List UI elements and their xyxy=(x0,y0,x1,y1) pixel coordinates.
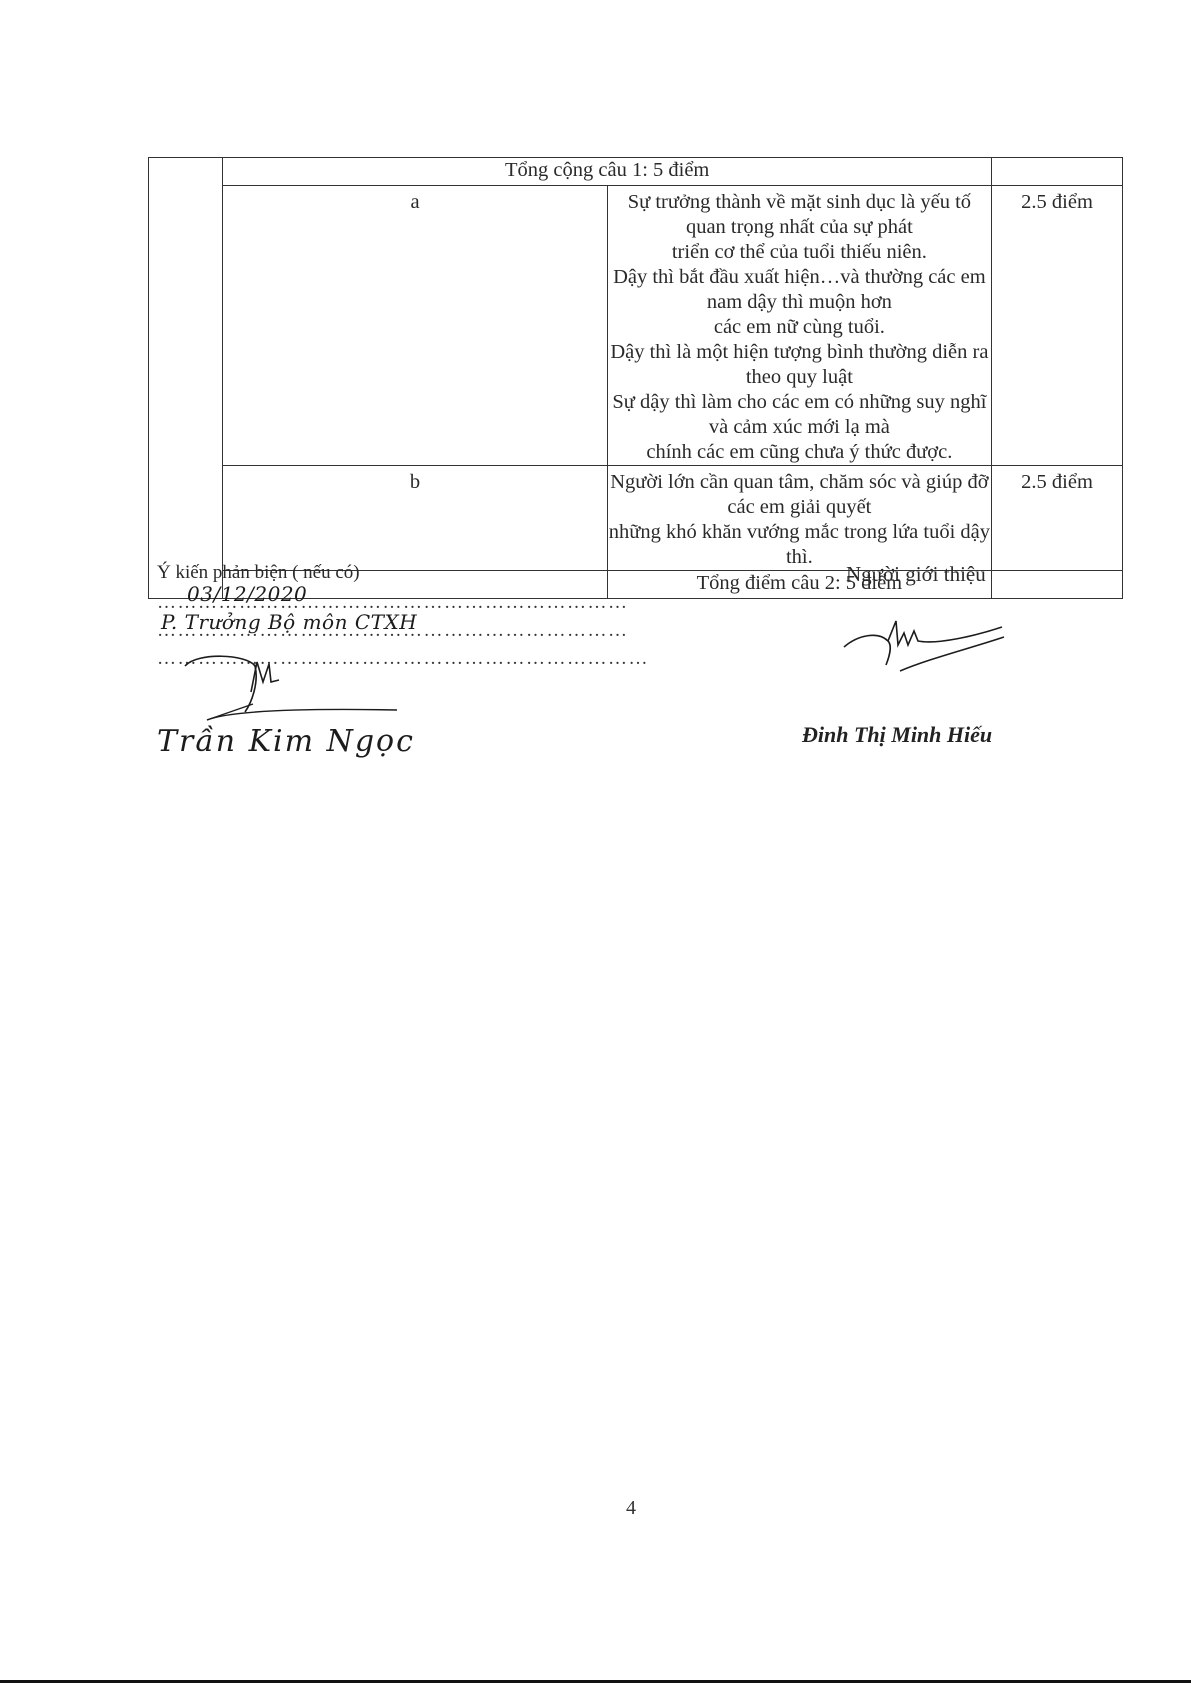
part-label: a xyxy=(223,186,607,466)
answer-line: triển cơ thể của tuổi thiếu niên. xyxy=(608,240,991,265)
answer-content: Người lớn cần quan tâm, chăm sóc và giúp… xyxy=(607,466,991,571)
table-row: b Người lớn cần quan tâm, chăm sóc và gi… xyxy=(149,466,1123,571)
score-cell: 2.5 điểm xyxy=(992,186,1123,466)
reviewer-signature xyxy=(167,652,407,722)
total-question-1: Tổng cộng câu 1: 5 điểm xyxy=(223,158,992,186)
answer-line: chính các em cũng chưa ý thức được. xyxy=(608,440,991,465)
total-question-1-score xyxy=(992,158,1123,186)
answer-line: Sự dậy thì làm cho các em có những suy n… xyxy=(608,390,991,440)
table-row: a Sự trưởng thành về mặt sinh dục là yếu… xyxy=(149,186,1123,466)
introducer-signature xyxy=(838,615,1018,685)
blank-left-column xyxy=(149,158,223,599)
handwritten-date: 03/12/2020 xyxy=(187,582,307,606)
introducer-label: Người giới thiệu xyxy=(846,562,986,587)
page-number: 4 xyxy=(626,1497,636,1520)
part-label: b xyxy=(223,466,607,571)
answer-line: các em nữ cùng tuổi. xyxy=(608,315,991,340)
handwritten-reviewer-name: Trần Kim Ngọc xyxy=(157,724,415,759)
grading-table: Tổng cộng câu 1: 5 điểm a Sự trưởng thàn… xyxy=(148,157,1123,599)
score-cell: 2.5 điểm xyxy=(992,466,1123,571)
handwritten-title: P. Trưởng Bộ môn CTXH xyxy=(161,610,417,634)
answer-content: Sự trưởng thành về mặt sinh dục là yếu t… xyxy=(607,186,991,466)
answer-line: Sự trưởng thành về mặt sinh dục là yếu t… xyxy=(608,190,991,240)
reviewer-label: Ý kiến phản biện ( nếu có) xyxy=(157,562,360,584)
answer-line: Dậy thì bắt đầu xuất hiện…và thường các … xyxy=(608,265,991,315)
total-question-2-score xyxy=(992,571,1123,599)
document-page: Tổng cộng câu 1: 5 điểm a Sự trưởng thàn… xyxy=(0,0,1191,1683)
answer-line: Dậy thì là một hiện tượng bình thường di… xyxy=(608,340,991,390)
table-header-row: Tổng cộng câu 1: 5 điểm xyxy=(149,158,1123,186)
introducer-name: Đinh Thị Minh Hiếu xyxy=(802,722,992,748)
answer-line: Người lớn cần quan tâm, chăm sóc và giúp… xyxy=(608,470,991,520)
